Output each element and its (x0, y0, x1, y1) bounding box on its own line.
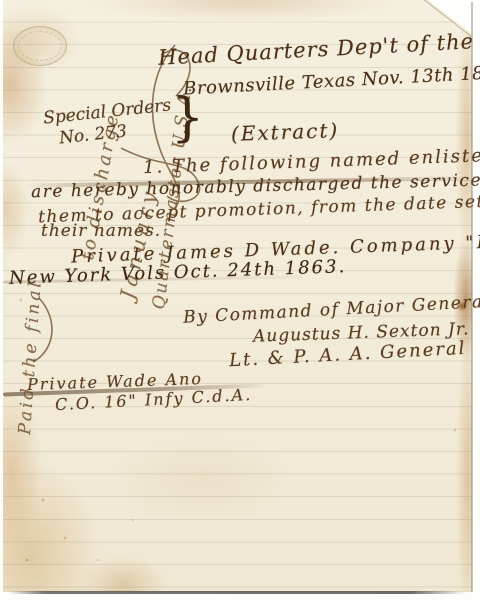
document-title: Head Quarters Dep't of the Gulf (158, 26, 480, 69)
place-date-line: Brownsville Texas Nov. 13th 1863. (183, 61, 480, 99)
page-edge-shadow (8, 591, 466, 594)
extract-label: (Extract) (231, 118, 340, 146)
page-edge-shadow-right (471, 2, 473, 592)
paper: to discharge January Quartermaster U.S.A… (3, 0, 472, 592)
curly-brace: } (171, 88, 204, 148)
scanned-document: to discharge January Quartermaster U.S.A… (0, 0, 480, 600)
body-line-4: their names. (41, 221, 161, 241)
soldier-entry-line-2: New York Vols Oct. 24th 1863. (9, 256, 347, 289)
embossed-seal (13, 26, 67, 66)
docket-line-paid: Paid the final (15, 278, 46, 435)
